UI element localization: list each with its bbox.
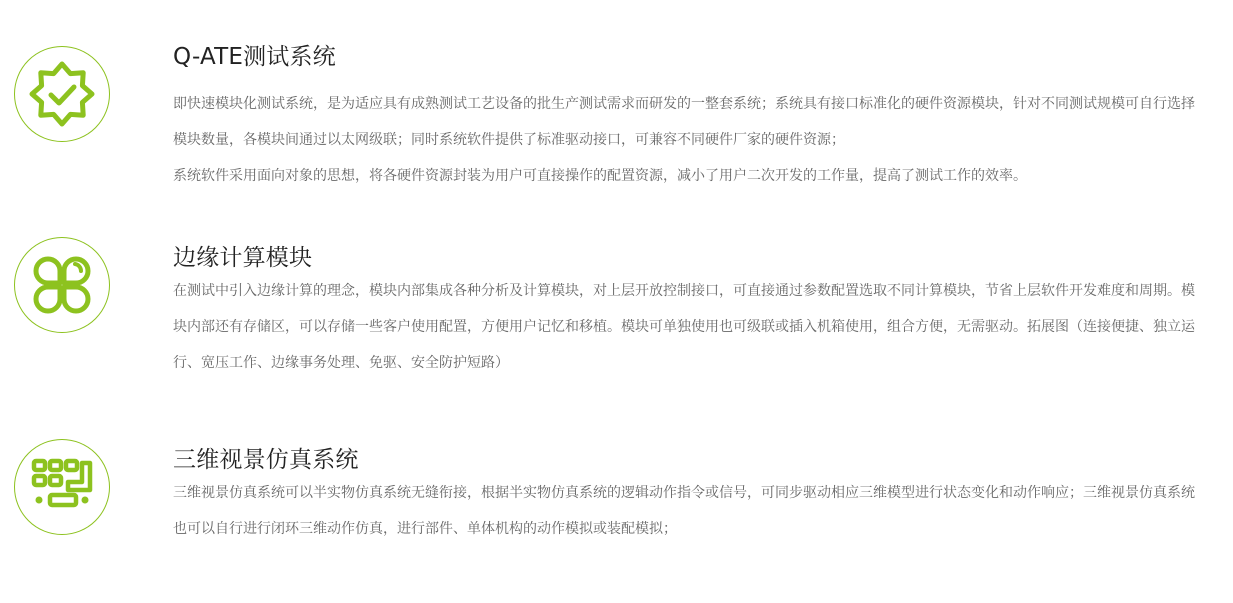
icon-circle: [14, 439, 110, 535]
feature-content: 三维视景仿真系统 三维视景仿真系统可以半实物仿真系统无缝衔接，根据半实物仿真系统…: [173, 445, 1203, 547]
feature-content: Q-ATE测试系统 即快速模块化测试系统，是为适应具有成熟测试工艺设备的批生产测…: [173, 42, 1203, 194]
description-paragraph: 三维视景仿真系统可以半实物仿真系统无缝衔接，根据半实物仿真系统的逻辑动作指令或信…: [173, 475, 1203, 547]
feature-description: 在测试中引入边缘计算的理念，模块内部集成各种分析及计算模块，对上层开放控制接口，…: [173, 273, 1203, 381]
feature-title: Q-ATE测试系统: [173, 42, 1203, 72]
feature-title: 三维视景仿真系统: [173, 445, 1203, 475]
description-paragraph: 系统软件采用面向对象的思想，将各硬件资源封装为用户可直接操作的配置资源，减小了用…: [173, 158, 1203, 194]
icon-circle: [14, 237, 110, 333]
clover-icon: [26, 249, 98, 321]
icon-circle: [14, 46, 110, 142]
feature-description: 即快速模块化测试系统，是为适应具有成熟测试工艺设备的批生产测试需求而研发的一整套…: [173, 86, 1203, 194]
keyboard-icon: [26, 451, 98, 523]
feature-description: 三维视景仿真系统可以半实物仿真系统无缝衔接，根据半实物仿真系统的逻辑动作指令或信…: [173, 475, 1203, 547]
description-paragraph: 在测试中引入边缘计算的理念，模块内部集成各种分析及计算模块，对上层开放控制接口，…: [173, 273, 1203, 381]
feature-title: 边缘计算模块: [173, 243, 1203, 273]
badge-check-icon: [26, 58, 98, 130]
description-paragraph: 即快速模块化测试系统，是为适应具有成熟测试工艺设备的批生产测试需求而研发的一整套…: [173, 86, 1203, 158]
feature-content: 边缘计算模块 在测试中引入边缘计算的理念，模块内部集成各种分析及计算模块，对上层…: [173, 243, 1203, 381]
